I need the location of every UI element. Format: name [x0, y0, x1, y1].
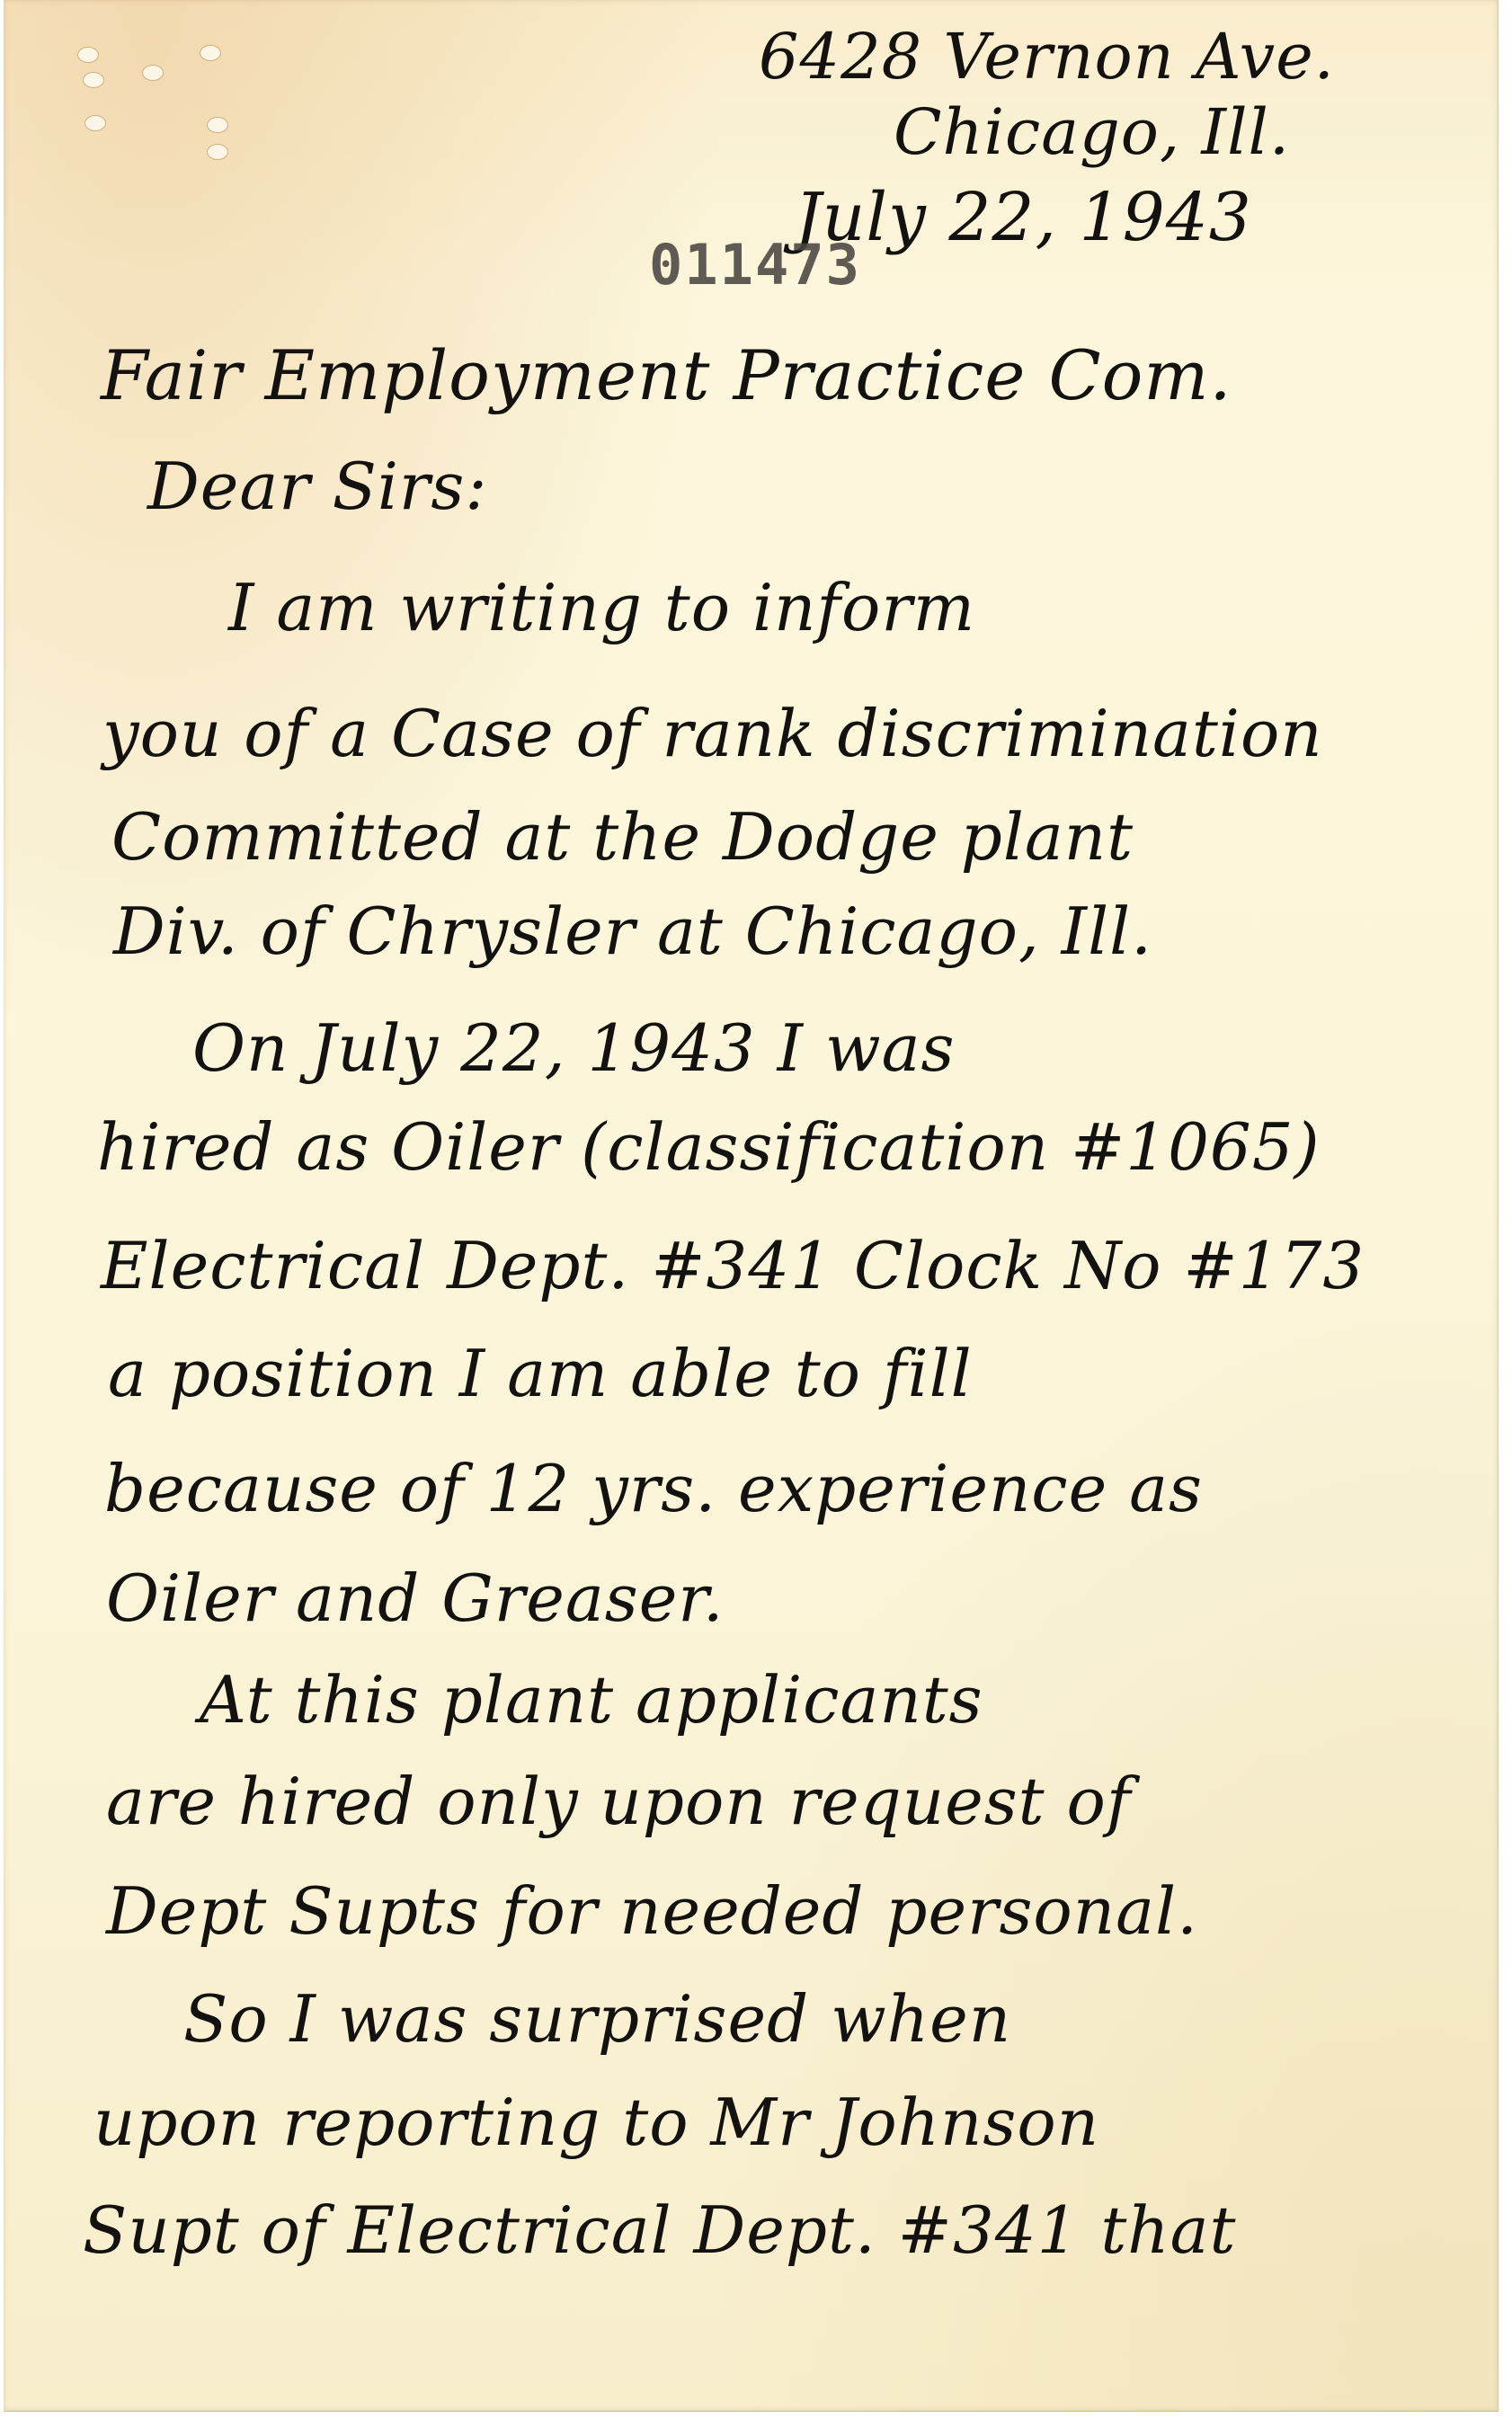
paper-punch-mark	[207, 144, 228, 160]
body-line-15: upon reporting to Mr Johnson	[93, 2090, 1099, 2155]
sender-address: 6428 Vernon Ave.	[759, 25, 1335, 88]
body-line-2: you of a Case of rank discrimination	[102, 701, 1323, 766]
letter-page: 6428 Vernon Ave. Chicago, Ill. July 22, …	[4, 0, 1499, 2412]
paper-punch-mark	[200, 45, 221, 61]
body-line-11: At this plant applicants	[200, 1667, 983, 1732]
body-line-5: On July 22, 1943 I was	[192, 1016, 955, 1080]
body-line-6: hired as Oiler (classification #1065)	[97, 1115, 1321, 1179]
body-line-1: I am writing to inform	[228, 575, 975, 640]
body-line-3: Committed at the Dodge plant	[111, 805, 1134, 869]
body-line-4: Div. of Chrysler at Chicago, Ill.	[113, 899, 1152, 964]
salutation: Dear Sirs:	[147, 454, 488, 519]
paper-punch-mark	[142, 65, 164, 81]
body-line-10: Oiler and Greaser.	[106, 1566, 725, 1631]
body-line-13: Dept Supts for needed personal.	[106, 1879, 1198, 1943]
archive-stamp-number: 011473	[649, 232, 861, 298]
body-line-7: Electrical Dept. #341 Clock No #173	[101, 1233, 1365, 1298]
body-line-12: are hired only upon request of	[106, 1769, 1131, 1834]
body-line-16: Supt of Electrical Dept. #341 that	[83, 2198, 1237, 2263]
paper-punch-mark	[207, 117, 228, 133]
body-line-8: a position I am able to fill	[108, 1341, 973, 1406]
body-line-9: because of 12 yrs. experience as	[104, 1456, 1203, 1521]
sender-city: Chicago, Ill.	[894, 101, 1290, 164]
paper-punch-mark	[77, 47, 99, 63]
letter-date: July 22, 1943	[795, 184, 1252, 251]
body-line-14: So I was surprised when	[183, 1987, 1011, 2051]
paper-punch-mark	[83, 72, 104, 88]
paper-punch-mark	[84, 115, 106, 131]
recipient-line: Fair Employment Practice Com.	[101, 342, 1232, 410]
